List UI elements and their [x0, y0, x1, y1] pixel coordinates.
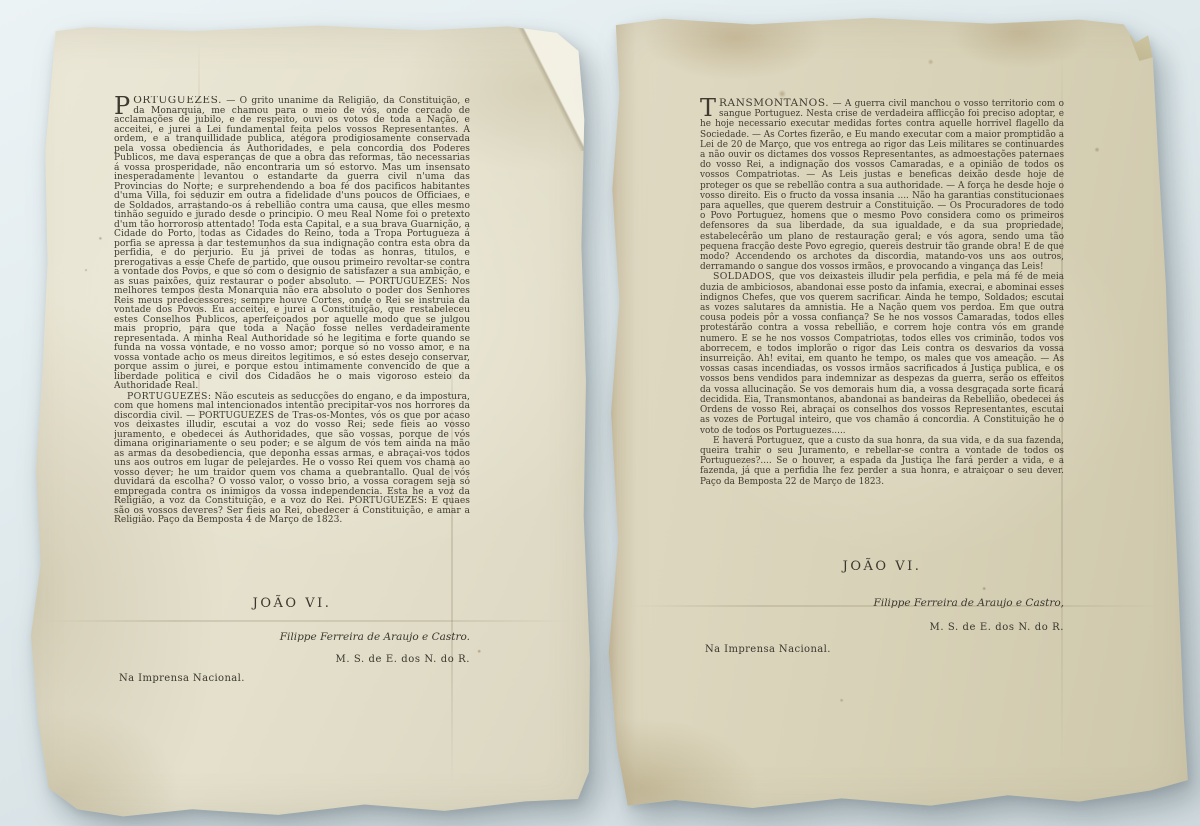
left-drop-cap: P — [114, 96, 133, 116]
right-paper-sheet: TRANSMONTANOS. — A guerra civil manchou … — [604, 14, 1198, 812]
left-imprint: Na Imprensa Nacional. — [114, 673, 475, 684]
left-paper-corner-crease — [508, 27, 586, 151]
right-royal-signature: JOÃO VI. — [700, 559, 1064, 574]
left-paragraph-1-block: PORTUGUEZES. — O grito unanime da Religi… — [114, 96, 470, 392]
left-paragraph-2-lead: PORTUGUEZES: — [127, 391, 211, 402]
right-paragraph-2-block: SOLDADOS, que vos deixasteis illudir pel… — [700, 272, 1064, 435]
right-paper-folded-corner — [1130, 19, 1166, 61]
right-heading: RANSMONTANOS. — [719, 98, 829, 109]
left-paragraph-2-block: PORTUGUEZES: Não escuteis as seducções d… — [114, 392, 470, 526]
left-minister-signature: Filippe Ferreira de Araujo e Castro. — [114, 631, 476, 643]
left-document-text: PORTUGUEZES. — O grito unanime da Religi… — [114, 96, 470, 594]
right-document: TRANSMONTANOS. — A guerra civil manchou … — [604, 14, 1198, 812]
left-heading: ORTUGUEZES. — [133, 96, 222, 106]
left-paragraph-1: — O grito unanime da Religião, da Consti… — [114, 96, 470, 391]
right-paragraph-1: — A guerra civil manchou o vosso territo… — [700, 99, 1064, 272]
right-paragraph-2: que vos deixasteis illudir pela perfidia… — [700, 272, 1064, 435]
right-imprint: Na Imprensa Nacional. — [700, 644, 1069, 655]
photo-backdrop: PORTUGUEZES. — O grito unanime da Religi… — [0, 0, 1200, 826]
right-paragraph-2-lead: SOLDADOS, — [713, 271, 775, 282]
left-paragraph-2: Não escuteis as seducções do engano, e d… — [114, 392, 470, 526]
right-minister-title: M. S. de E. dos N. do R. — [700, 622, 1108, 633]
left-paper-horizontal-crease — [43, 620, 571, 622]
right-minister-signature: Filippe Ferreira de Araujo e Castro, — [700, 597, 1084, 609]
left-royal-signature: JOÃO VI. — [114, 596, 470, 611]
right-drop-cap: T — [700, 98, 719, 118]
right-paragraph-1-block: TRANSMONTANOS. — A guerra civil manchou … — [700, 98, 1064, 272]
left-document: PORTUGUEZES. — O grito unanime da Religi… — [20, 24, 594, 818]
right-document-text: TRANSMONTANOS. — A guerra civil manchou … — [700, 98, 1064, 556]
right-paragraph-3-block: E haverá Portuguez, que a custo da sua h… — [700, 436, 1064, 487]
right-paragraph-3: E haverá Portuguez, que a custo da sua h… — [700, 436, 1064, 487]
left-minister-title: M. S. de E. dos N. do R. — [114, 654, 498, 665]
left-paper-sheet: PORTUGUEZES. — O grito unanime da Religi… — [20, 24, 594, 818]
